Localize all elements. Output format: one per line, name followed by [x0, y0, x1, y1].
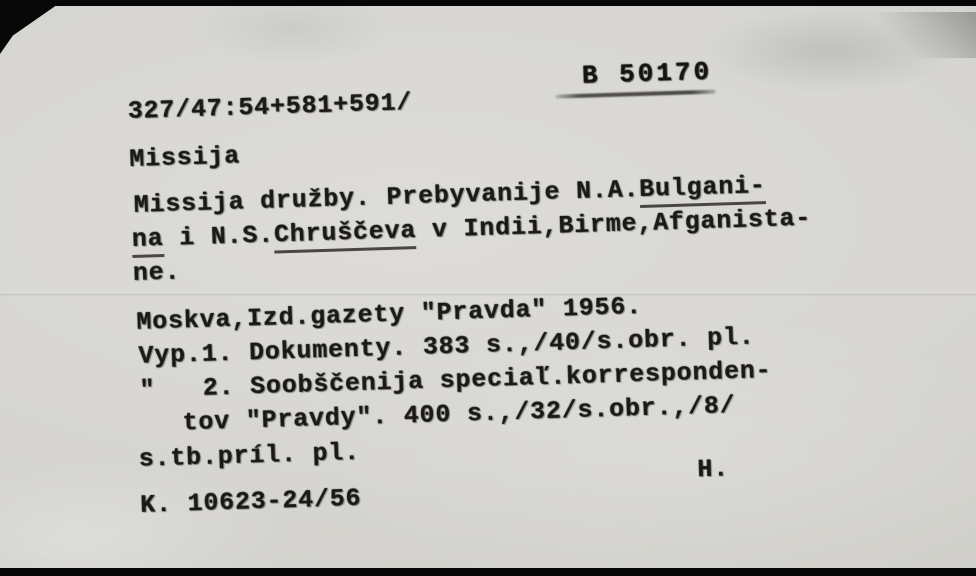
- accession-number: K. 10623-24/56: [140, 485, 362, 521]
- title-line-3: ne.: [133, 259, 181, 289]
- title-line-2-underlined-start: na: [131, 224, 164, 258]
- heading-entry-word: Missija: [129, 143, 240, 175]
- title-line-1-underlined-name: Bulgani-: [639, 171, 766, 208]
- typewritten-text-layer: 327/47:54+581+591/ B 50170 Missija Missi…: [0, 0, 976, 572]
- title-line-2-underlined-name: Chruščeva: [274, 216, 417, 253]
- scanned-catalog-card-photo: 327/47:54+581+591/ B 50170 Missija Missi…: [0, 0, 976, 576]
- classification-number: 327/47:54+581+591/: [127, 89, 412, 127]
- card-paper: 327/47:54+581+591/ B 50170 Missija Missi…: [0, 6, 976, 568]
- annotation-letter: H.: [697, 455, 729, 485]
- scan-shadow-top-right: [826, 12, 976, 58]
- inventory-stamp-underline: [556, 90, 716, 99]
- inventory-stamp: B 50170: [582, 58, 713, 92]
- collation-line-4: s.tb.príl. pl.: [138, 439, 360, 475]
- title-line-2-middle: i N.S.: [163, 221, 274, 253]
